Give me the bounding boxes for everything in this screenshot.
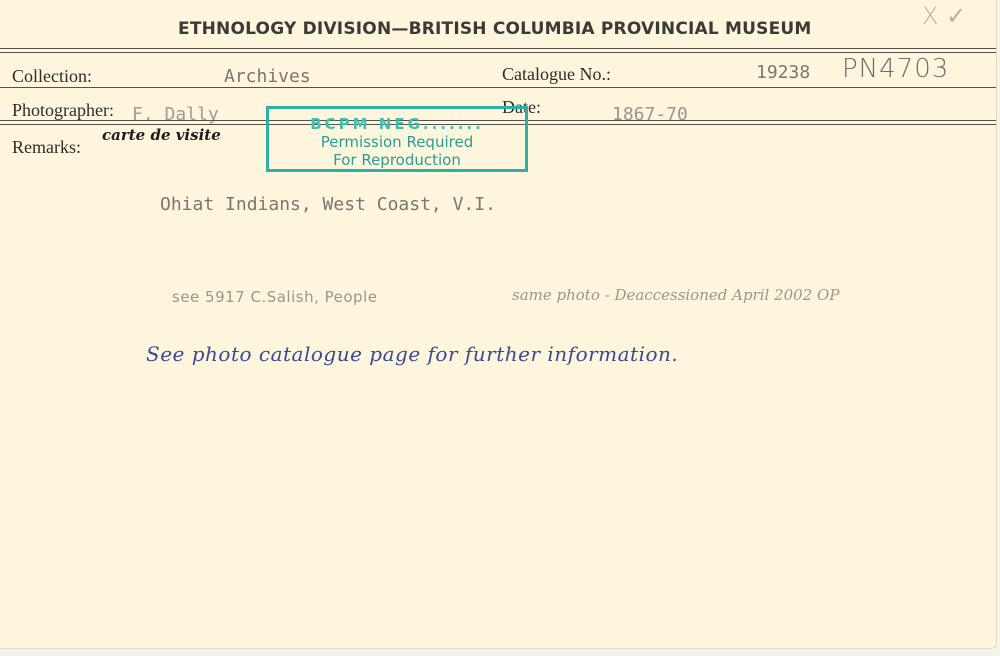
permission-stamp: BCPM NEG....... Permission Required For … — [266, 106, 528, 172]
catalogue-value: 19238 — [756, 62, 810, 83]
stamp-line-1: BCPM NEG....... — [269, 115, 525, 133]
catalogue-label: Catalogue No.: — [502, 64, 611, 85]
stamp-line-2: Permission Required — [269, 133, 525, 151]
ink-note-further-info: See photo catalogue page for further inf… — [146, 342, 678, 366]
photo-description: Ohiat Indians, West Coast, V.I. — [160, 194, 496, 215]
date-value: 1867-70 — [612, 104, 688, 125]
catalogue-card: ETHNOLOGY DIVISION—BRITISH COLUMBIA PROV… — [0, 0, 997, 649]
header-rule-top — [0, 48, 996, 49]
stamp-line-3: For Reproduction — [269, 151, 525, 169]
header-rule-bottom — [0, 52, 996, 53]
photographer-label: Photographer: — [12, 100, 114, 121]
card-header-title: ETHNOLOGY DIVISION—BRITISH COLUMBIA PROV… — [178, 19, 812, 39]
remarks-handwritten: carte de visite — [102, 126, 221, 144]
collection-row-rule — [0, 87, 996, 88]
catalogue-handwritten-number: PN4703 — [842, 54, 949, 84]
corner-check-marks: X ✓ — [922, 2, 966, 30]
collection-label: Collection: — [12, 66, 92, 87]
pencil-note-deaccession: same photo - Deaccessioned April 2002 OP — [512, 286, 839, 304]
photographer-value: F. Dally — [132, 104, 219, 125]
collection-value: Archives — [224, 66, 311, 87]
pencil-note-reference: see 5917 C.Salish, People — [172, 288, 377, 306]
remarks-label: Remarks: — [12, 137, 81, 158]
